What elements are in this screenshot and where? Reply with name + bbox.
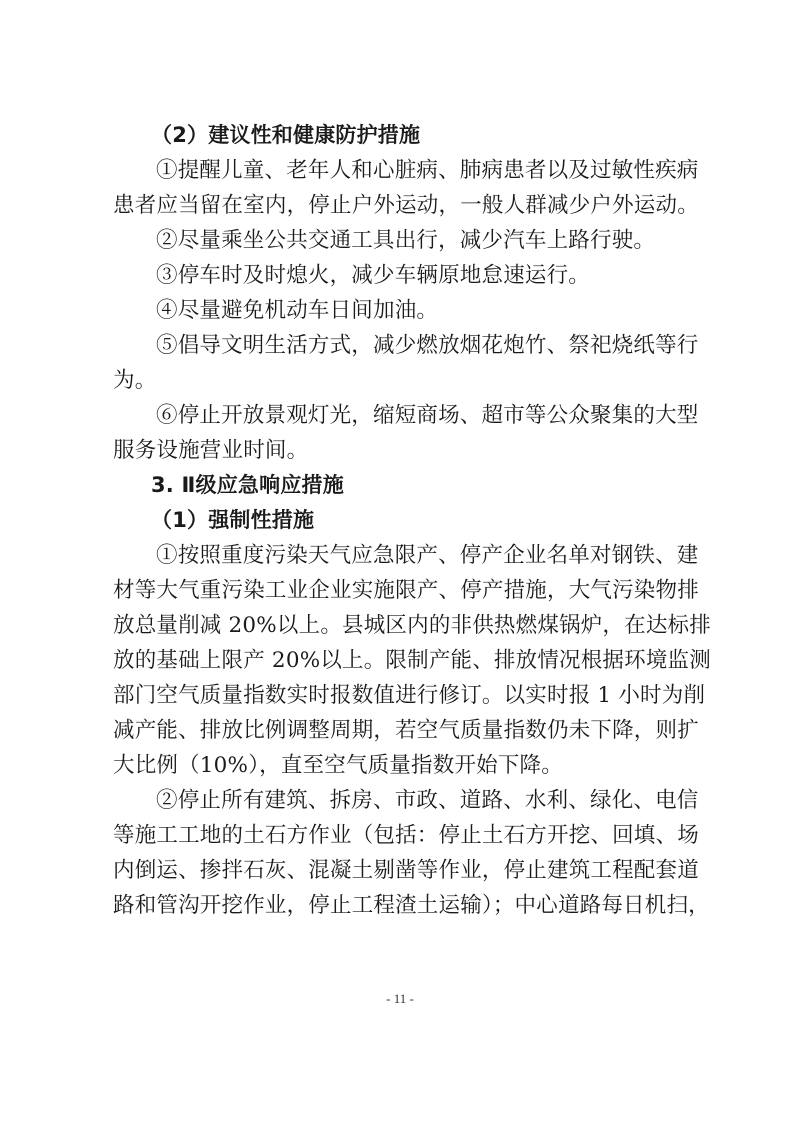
paragraph-line: ①按照重度污染天气应急限产、停产企业名单对钢铁、建 <box>113 538 685 573</box>
paragraph-line: 患者应当留在室内，停止户外运动，一般人群减少户外运动。 <box>113 188 685 223</box>
paragraph-line: ⑥停止开放景观灯光，缩短商场、超市等公众聚集的大型 <box>113 398 685 433</box>
paragraph-line: ③停车时及时熄火，减少车辆原地怠速运行。 <box>113 258 685 293</box>
section-heading-advisory-measures: （2）建议性和健康防护措施 <box>113 118 685 153</box>
document-body: （2）建议性和健康防护措施 ①提醒儿童、老年人和心脏病、肺病患者以及过敏性疾病 … <box>113 118 685 923</box>
paragraph-line: 服务设施营业时间。 <box>113 433 685 468</box>
section-heading-level-2-response: 3. Ⅱ级应急响应措施 <box>113 468 685 503</box>
paragraph-line: 内倒运、掺拌石灰、混凝土剔凿等作业，停止建筑工程配套道 <box>113 853 685 888</box>
paragraph-line: 放总量削减 20%以上。县城区内的非供热燃煤锅炉，在达标排 <box>113 608 685 643</box>
paragraph-line: 等施工工地的土石方作业（包括：停止土石方开挖、回填、场 <box>113 818 685 853</box>
paragraph-line: 大比例（10%），直至空气质量指数开始下降。 <box>113 748 685 783</box>
paragraph-line: 路和管沟开挖作业，停止工程渣土运输）；中心道路每日机扫， <box>113 888 685 923</box>
paragraph-line: ④尽量避免机动车日间加油。 <box>113 293 685 328</box>
paragraph-line: ②停止所有建筑、拆房、市政、道路、水利、绿化、电信 <box>113 783 685 818</box>
paragraph-line: 材等大气重污染工业企业实施限产、停产措施，大气污染物排 <box>113 573 685 608</box>
paragraph-line: ①提醒儿童、老年人和心脏病、肺病患者以及过敏性疾病 <box>113 153 685 188</box>
paragraph-line: 部门空气质量指数实时报数值进行修订。以实时报 1 小时为削 <box>113 678 685 713</box>
section-heading-mandatory-measures: （1）强制性措施 <box>113 503 685 538</box>
paragraph-line: 减产能、排放比例调整周期，若空气质量指数仍未下降，则扩 <box>113 713 685 748</box>
paragraph-line: ⑤倡导文明生活方式，减少燃放烟花炮竹、祭祀烧纸等行 <box>113 328 685 363</box>
paragraph-line: 放的基础上限产 20%以上。限制产能、排放情况根据环境监测 <box>113 643 685 678</box>
page-number: - 11 - <box>0 991 800 1007</box>
paragraph-line: 为。 <box>113 363 685 398</box>
paragraph-line: ②尽量乘坐公共交通工具出行，减少汽车上路行驶。 <box>113 223 685 258</box>
